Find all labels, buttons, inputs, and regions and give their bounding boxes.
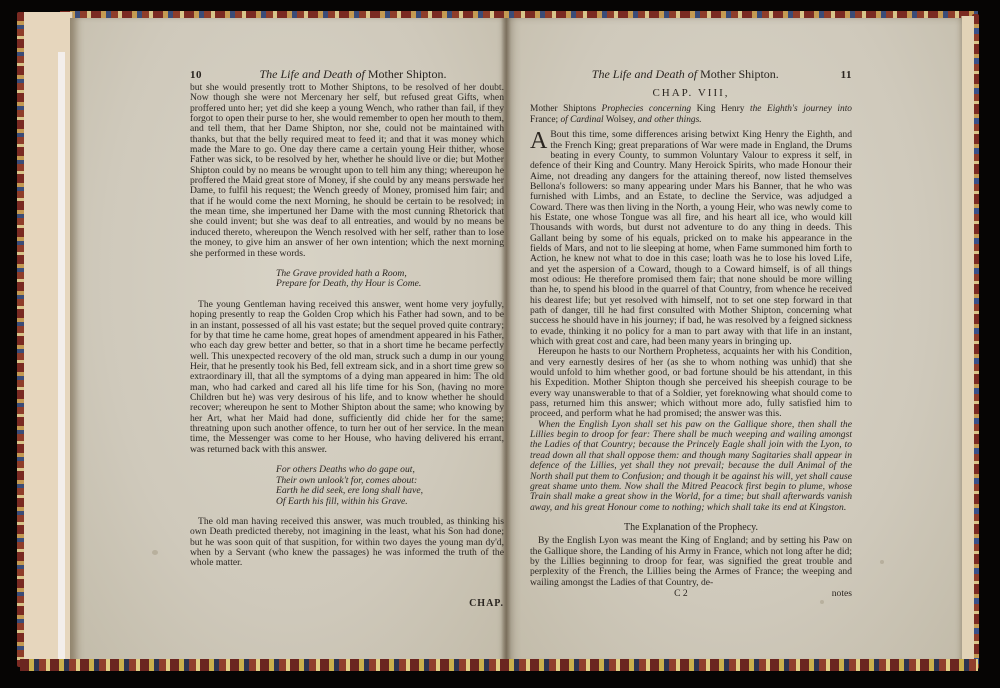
running-title-roman: Mother Shipton. <box>368 67 447 81</box>
catchword-left: CHAP. <box>190 599 504 609</box>
summary-part: France; <box>530 115 558 125</box>
verse-line: For others Deaths who do gape out, <box>276 465 504 476</box>
running-title-italic: The Life and Death of <box>260 67 365 81</box>
signature-line: C 2 notes <box>530 589 852 599</box>
paragraph: The old man having received this answer,… <box>190 517 504 569</box>
verse-line: Prepare for Death, thy Hour is Come. <box>276 279 504 290</box>
verse-grave: The Grave provided hath a Room, Prepare … <box>276 269 504 290</box>
running-head-right: The Life and Death of Mother Shipton. 11 <box>530 67 852 82</box>
running-head-left: 10 The Life and Death of Mother Shipton. <box>190 67 504 82</box>
drop-cap: A <box>530 131 547 151</box>
page-number-left: 10 <box>190 68 202 82</box>
paragraph: Hereupon he hasts to our Northern Prophe… <box>530 347 852 419</box>
verse-others-deaths: For others Deaths who do gape out, Their… <box>276 465 504 507</box>
paragraph: but she would presently trott to Mother … <box>190 83 504 259</box>
marbled-edge-bottom <box>20 659 978 671</box>
verse-line: Earth he did seek, ere long shall have, <box>276 486 504 497</box>
summary-part: and other things. <box>638 115 702 125</box>
endpaper-strip <box>58 52 65 662</box>
foxing-spot <box>820 600 824 604</box>
explanation-heading: The Explanation of the Prophecy. <box>530 523 852 533</box>
foxing-spot <box>880 560 884 564</box>
summary-part: of Cardinal <box>560 115 603 125</box>
endpaper-left <box>24 12 73 664</box>
signature-mark: C 2 <box>530 589 832 599</box>
running-title: The Life and Death of Mother Shipton. <box>202 67 504 81</box>
summary-part: the Eighth's journey into <box>750 104 852 114</box>
foxing-spot <box>152 550 158 555</box>
chapter-summary: Mother Shiptons Prophecies concerning Ki… <box>530 104 852 125</box>
chapter-heading: CHAP. VIII, <box>530 88 852 98</box>
running-title-roman: Mother Shipton. <box>700 67 779 81</box>
summary-part: Wolsey, <box>606 115 636 125</box>
page-number-right: 11 <box>841 68 852 82</box>
summary-part: King Henry <box>697 104 745 114</box>
paragraph: ABout this time, some differences arisin… <box>530 130 852 347</box>
paragraph: The young Gentleman having received this… <box>190 300 504 455</box>
summary-part: Mother Shiptons <box>530 104 596 114</box>
left-page-text: 10 The Life and Death of Mother Shipton.… <box>190 67 504 609</box>
running-title: The Life and Death of Mother Shipton. <box>530 67 841 81</box>
endpaper-right <box>961 16 974 664</box>
catchword-right: notes <box>832 589 852 599</box>
prophecy-text: When the English Lyon shall set his paw … <box>530 420 852 513</box>
summary-part: Prophecies concerning <box>602 104 692 114</box>
explanation-paragraph: By the English Lyon was meant the King o… <box>530 536 852 588</box>
verse-line: Of Earth his fill, within his Grave. <box>276 497 504 508</box>
running-title-italic: The Life and Death of <box>592 67 697 81</box>
right-page-text: The Life and Death of Mother Shipton. 11… <box>530 67 852 599</box>
paragraph-body: Bout this time, some differences arising… <box>530 129 852 347</box>
